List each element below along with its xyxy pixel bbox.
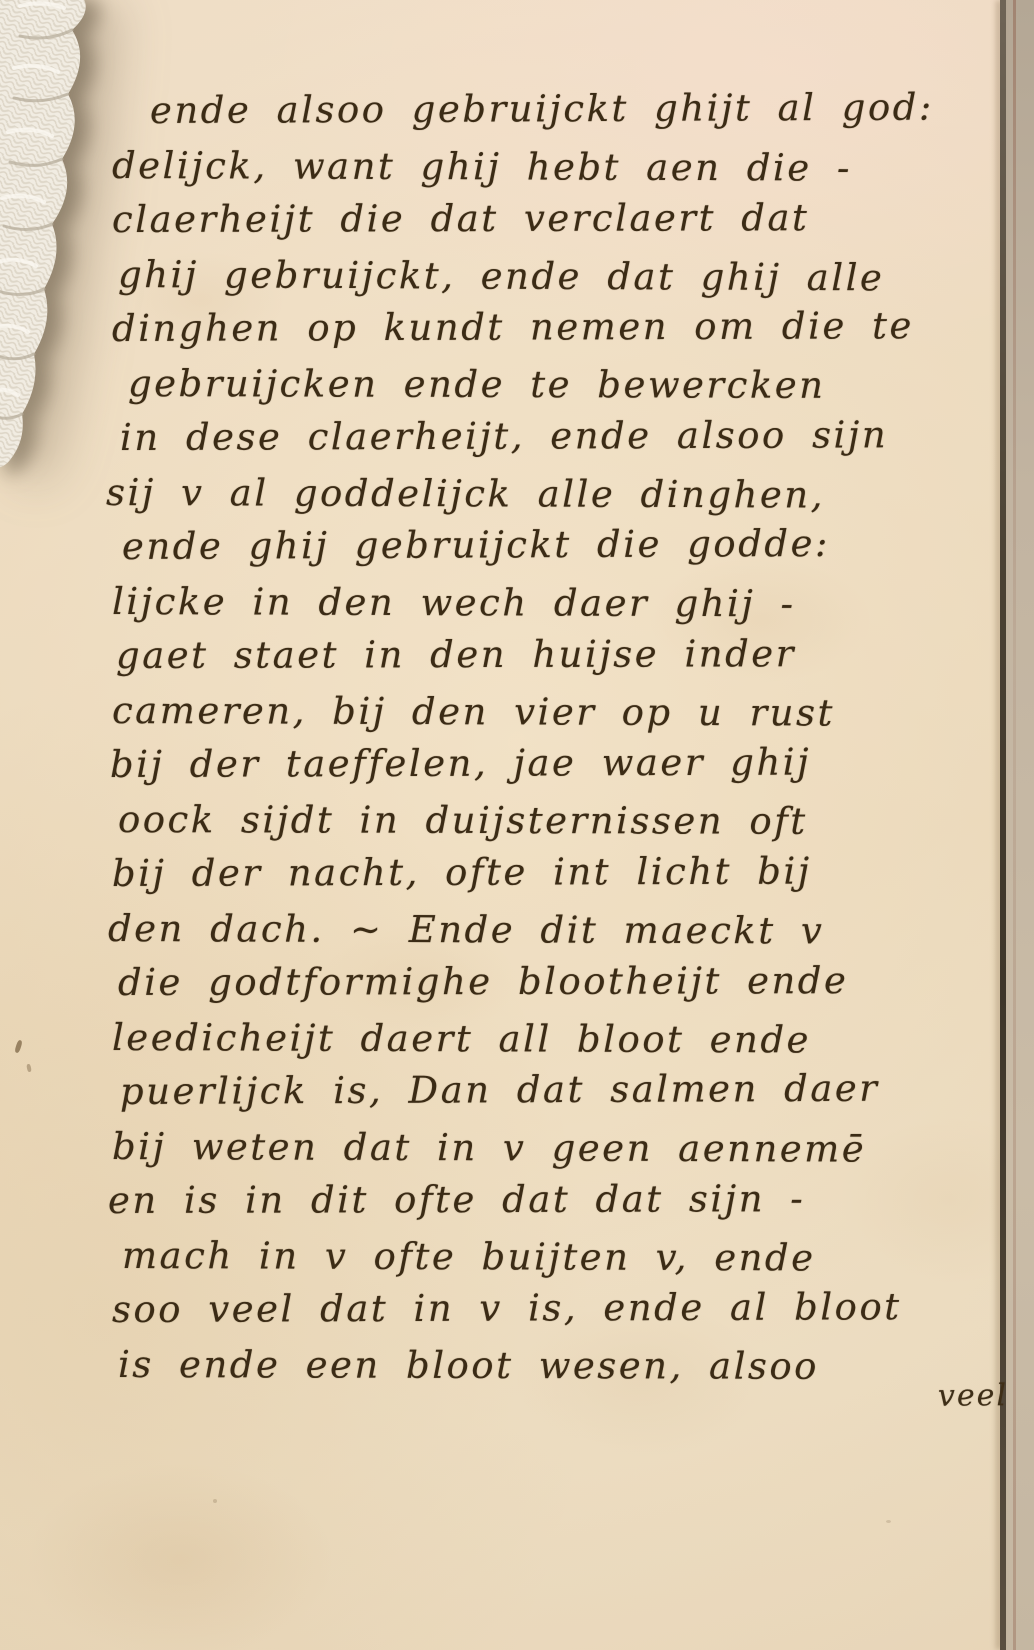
manuscript-line: puerlijck is, Dan dat salmen daer <box>120 1061 1012 1119</box>
ink-blot <box>26 1064 32 1073</box>
manuscript-line: claerheijt die dat verclaert dat <box>112 191 1012 248</box>
manuscript-line: sij v al goddelijck alle dinghen, <box>106 466 1012 524</box>
manuscript-line: oock sijdt in duijsternissen oft <box>118 793 1012 850</box>
paper-speck <box>886 1520 891 1523</box>
manuscript-line: lijcke in den wech daer ghij - <box>112 575 1012 633</box>
manuscript-line: den dach. ~ Ende dit maeckt v <box>108 902 1012 960</box>
manuscript-line: in dese claerheijt, ende alsoo sijn <box>120 408 1012 466</box>
manuscript-line: en is in dit ofte dat dat sijn - <box>108 1172 1012 1229</box>
manuscript-line: gebruijcken ende te bewercken <box>128 357 1012 414</box>
paper-speck <box>213 1499 217 1503</box>
manuscript-line: delijck, want ghij hebt aen die - <box>112 139 1012 197</box>
ink-blot <box>14 1040 23 1054</box>
manuscript-line: bij der nacht, ofte int licht bij <box>112 844 1012 902</box>
manuscript-line: ende ghij gebruijckt die godde: <box>122 516 1012 574</box>
bookmark-cord-graphic <box>0 0 120 502</box>
manuscript-line: ende alsoo gebruijckt ghijt al god: <box>150 80 1012 138</box>
manuscript-line: bij der taeffelen, jae waer ghij <box>110 735 1012 793</box>
bookmark-cord <box>0 0 120 502</box>
catchword: veel <box>112 1378 1008 1421</box>
manuscript-line: die godtformighe blootheijt ende <box>118 954 1012 1011</box>
manuscript-line: dinghen op kundt nemen om die te <box>112 299 1012 357</box>
manuscript-line: leedicheijt daert all bloot ende <box>112 1011 1012 1069</box>
manuscript-line: ghij gebruijckt, ende dat ghij alle <box>118 248 1012 306</box>
manuscript-line: gaet staet in den huijse inder <box>116 627 1012 684</box>
manuscript-line: cameren, bij den vier op u rust <box>112 684 1012 742</box>
manuscript-line: bij weten dat in v geen aennemē <box>112 1120 1012 1178</box>
manuscript-line: soo veel dat in v is, ende al bloot <box>112 1280 1012 1338</box>
manuscript-text-block: ende alsoo gebruijckt ghijt al god: deli… <box>112 84 1012 1392</box>
manuscript-page: ende alsoo gebruijckt ghijt al god: deli… <box>0 0 1034 1650</box>
manuscript-line: mach in v ofte buijten v, ende <box>122 1229 1012 1287</box>
